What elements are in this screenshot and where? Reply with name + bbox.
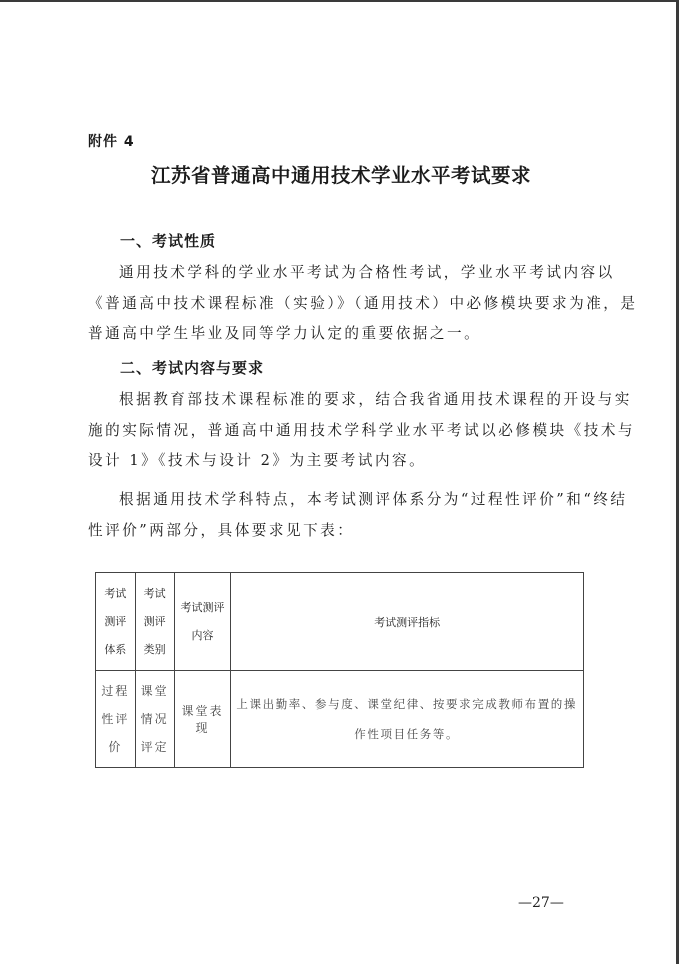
paragraph-line: 性评价”两部分，具体要求见下表：	[88, 516, 593, 547]
section-heading-content: 二、考试内容与要求	[120, 357, 264, 378]
section-heading-nature: 一、考试性质	[120, 230, 216, 251]
header-evaluation-indicator: 考试测评指标	[231, 573, 584, 671]
cell-line: 情况	[136, 705, 174, 733]
paragraph-exam-content: 根据教育部技术课程标准的要求，结合我省通用技术课程的开设与实 施的实际情况，普通…	[88, 385, 593, 477]
paragraph-line: 《普通高中技术课程标准（实验）》（通用技术）中必修模块要求为准，是	[88, 289, 593, 320]
paragraph-line: 通用技术学科的学业水平考试为合格性考试，学业水平考试内容以	[88, 258, 593, 289]
cell-line: 作性项目任务等。	[236, 719, 577, 749]
header-line: 类别	[136, 636, 174, 664]
header-evaluation-category: 考试 测评 类别	[135, 573, 174, 671]
header-line: 考试测评	[175, 594, 231, 622]
cell-evaluation-category: 课堂 情况 评定	[135, 671, 174, 768]
paragraph-line: 根据通用技术学科特点，本考试测评体系分为“过程性评价”和“终结	[88, 485, 593, 516]
table-row: 过程 性评 价 课堂 情况 评定 课堂表现 上课出勤率、参与度、课堂纪律、按要求…	[96, 671, 584, 768]
cell-line: 评定	[136, 733, 174, 761]
cell-line: 上课出勤率、参与度、课堂纪律、按要求完成教师布置的操	[236, 689, 577, 719]
paragraph-line: 根据教育部技术课程标准的要求，结合我省通用技术课程的开设与实	[88, 385, 593, 416]
evaluation-table: 考试 测评 体系 考试 测评 类别 考试测评 内容 考试测评指标 过程 性评 价…	[95, 572, 584, 768]
paragraph-line: 施的实际情况，普通高中通用技术学科学业水平考试以必修模块《技术与	[88, 416, 593, 447]
cell-evaluation-indicator: 上课出勤率、参与度、课堂纪律、按要求完成教师布置的操 作性项目任务等。	[231, 671, 584, 768]
paragraph-line: 普通高中学生毕业及同等学力认定的重要依据之一。	[88, 319, 593, 350]
cell-line: 过程	[96, 677, 135, 705]
cell-evaluation-system: 过程 性评 价	[96, 671, 136, 768]
paragraph-line: 设计 1》《技术与设计 2》为主要考试内容。	[88, 446, 593, 477]
header-evaluation-system: 考试 测评 体系	[96, 573, 136, 671]
header-line: 测评	[96, 608, 135, 636]
document-title: 江苏省普通高中通用技术学业水平考试要求	[0, 160, 682, 188]
attachment-label: 附件 4	[88, 131, 135, 151]
cell-line: 课堂	[136, 677, 174, 705]
header-line: 测评	[136, 608, 174, 636]
table-header-row: 考试 测评 体系 考试 测评 类别 考试测评 内容 考试测评指标	[96, 573, 584, 671]
page-number: —27—	[518, 895, 564, 911]
cell-line: 价	[96, 733, 135, 761]
header-line: 考试	[96, 580, 135, 608]
header-line: 考试	[136, 580, 174, 608]
paragraph-evaluation-system: 根据通用技术学科特点，本考试测评体系分为“过程性评价”和“终结 性评价”两部分，…	[88, 485, 593, 546]
paragraph-exam-nature: 通用技术学科的学业水平考试为合格性考试，学业水平考试内容以 《普通高中技术课程标…	[88, 258, 593, 350]
header-evaluation-content: 考试测评 内容	[174, 573, 231, 671]
cell-evaluation-content: 课堂表现	[174, 671, 231, 768]
header-line: 体系	[96, 636, 135, 664]
header-line: 内容	[175, 622, 231, 650]
cell-line: 性评	[96, 705, 135, 733]
